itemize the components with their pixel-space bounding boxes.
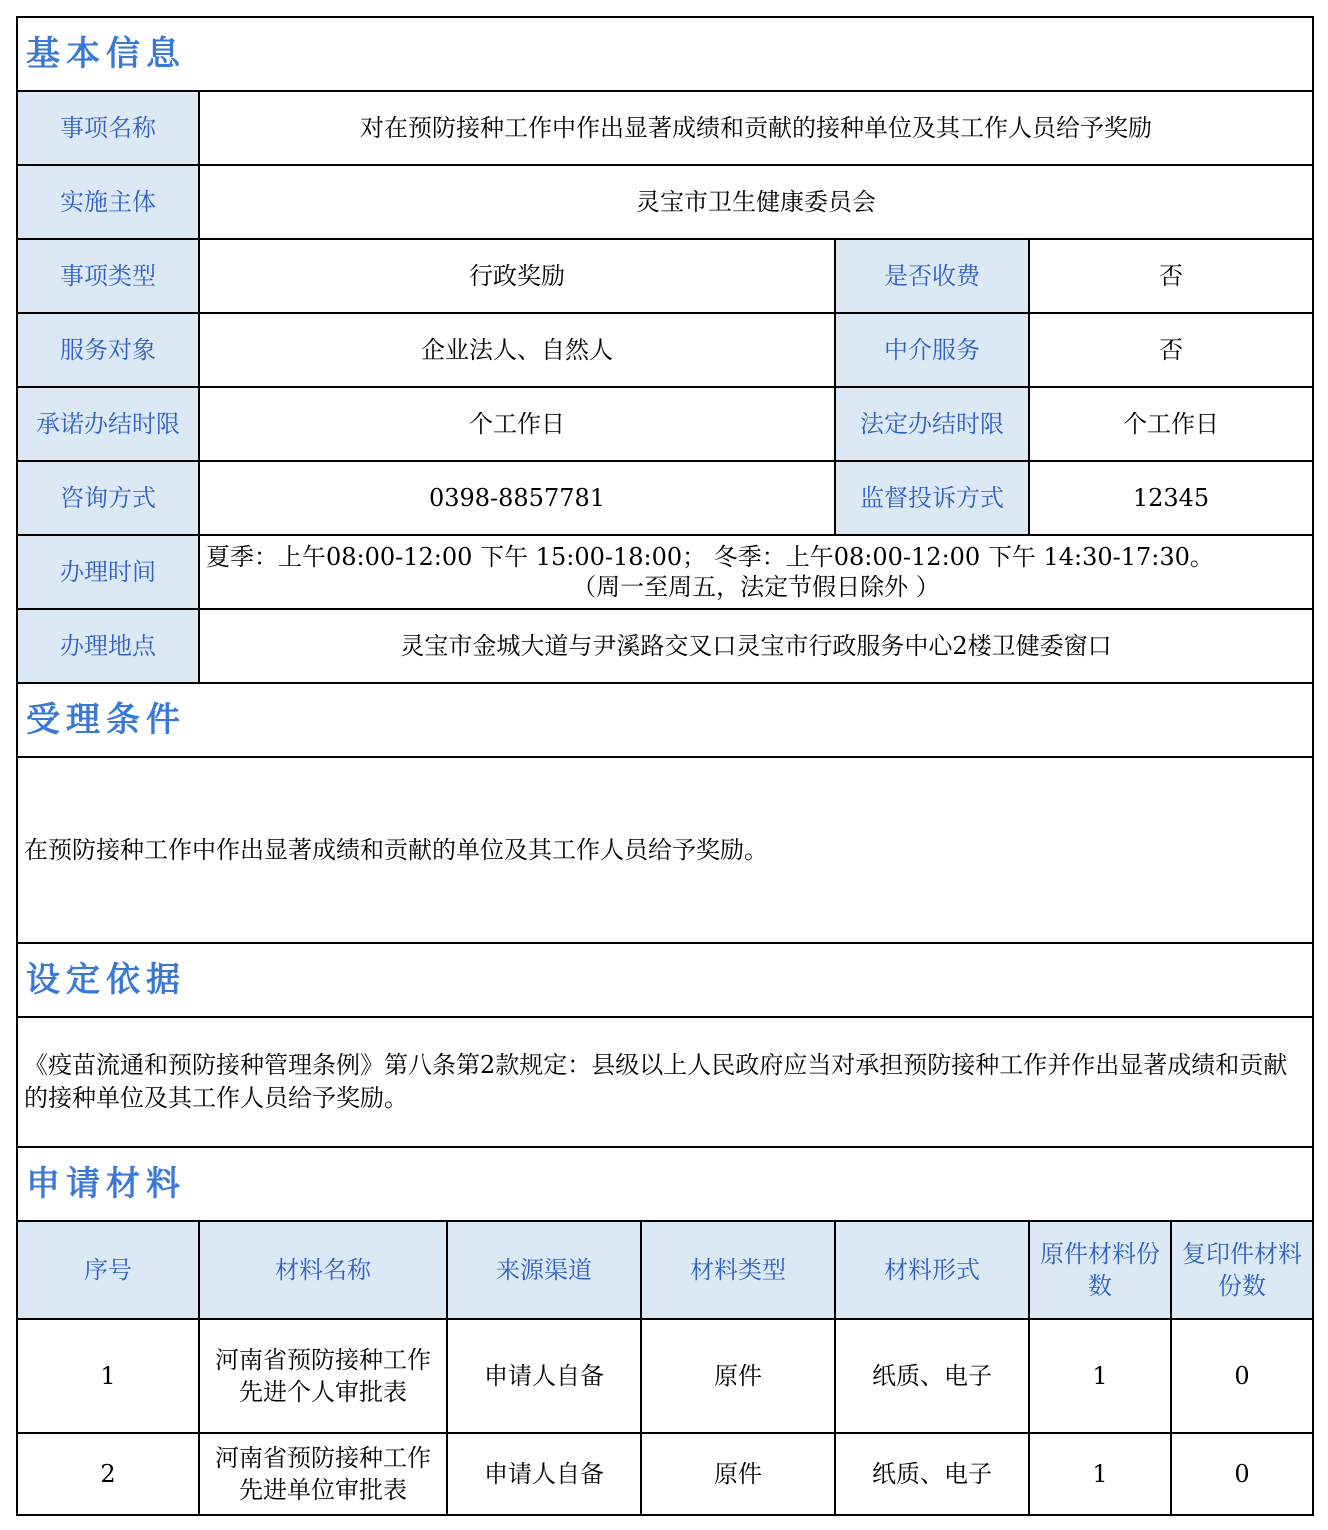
cell-type: 原件 bbox=[641, 1319, 835, 1433]
header-name: 材料名称 bbox=[199, 1221, 447, 1319]
cell-form: 纸质、电子 bbox=[835, 1319, 1029, 1433]
label-legal-time: 法定办结时限 bbox=[835, 387, 1029, 461]
cell-original-count: 1 bbox=[1029, 1433, 1171, 1515]
cell-no: 1 bbox=[17, 1319, 199, 1433]
cell-form: 纸质、电子 bbox=[835, 1433, 1029, 1515]
cell-copy-count: 0 bbox=[1171, 1433, 1313, 1515]
header-type: 材料类型 bbox=[641, 1221, 835, 1319]
header-source: 来源渠道 bbox=[447, 1221, 641, 1319]
table-row: 2 河南省预防接种工作先进单位审批表 申请人自备 原件 纸质、电子 1 0 bbox=[17, 1433, 1313, 1515]
basis-text: 《疫苗流通和预防接种管理条例》第八条第2款规定：县级以上人民政府应当对承担预防接… bbox=[17, 1017, 1313, 1147]
value-item-type: 行政奖励 bbox=[199, 239, 835, 313]
label-intermediary: 中介服务 bbox=[835, 313, 1029, 387]
section-title-basic-info: 基本信息 bbox=[17, 17, 1313, 91]
hours-line-1: 夏季：上午08:00-12:00 下午 15:00-18:00； 冬季：上午08… bbox=[200, 542, 1312, 572]
label-promised-time: 承诺办结时限 bbox=[17, 387, 199, 461]
cell-source: 申请人自备 bbox=[447, 1319, 641, 1433]
cell-no: 2 bbox=[17, 1433, 199, 1515]
header-form: 材料形式 bbox=[835, 1221, 1029, 1319]
label-location: 办理地点 bbox=[17, 609, 199, 683]
hours-line-2: （周一至周五，法定节假日除外 ） bbox=[200, 572, 1312, 602]
label-item-type: 事项类型 bbox=[17, 239, 199, 313]
value-promised-time: 个工作日 bbox=[199, 387, 835, 461]
cell-name: 河南省预防接种工作先进个人审批表 bbox=[199, 1319, 447, 1433]
table-row: 1 河南省预防接种工作先进个人审批表 申请人自备 原件 纸质、电子 1 0 bbox=[17, 1319, 1313, 1433]
basic-info-table: 基本信息 事项名称 对在预防接种工作中作出显著成绩和贡献的接种单位及其工作人员给… bbox=[16, 16, 1314, 1222]
value-legal-time: 个工作日 bbox=[1029, 387, 1313, 461]
value-intermediary: 否 bbox=[1029, 313, 1313, 387]
cell-copy-count: 0 bbox=[1171, 1319, 1313, 1433]
header-copy-count: 复印件材料份数 bbox=[1171, 1221, 1313, 1319]
value-fee: 否 bbox=[1029, 239, 1313, 313]
cell-type: 原件 bbox=[641, 1433, 835, 1515]
section-title-basis: 设定依据 bbox=[17, 943, 1313, 1017]
section-title-materials: 申请材料 bbox=[17, 1147, 1313, 1221]
materials-header-row: 序号 材料名称 来源渠道 材料类型 材料形式 原件材料份数 复印件材料份数 bbox=[17, 1221, 1313, 1319]
cell-source: 申请人自备 bbox=[447, 1433, 641, 1515]
header-no: 序号 bbox=[17, 1221, 199, 1319]
label-fee: 是否收费 bbox=[835, 239, 1029, 313]
label-hours: 办理时间 bbox=[17, 535, 199, 609]
value-implementer: 灵宝市卫生健康委员会 bbox=[199, 165, 1313, 239]
value-item-name: 对在预防接种工作中作出显著成绩和贡献的接种单位及其工作人员给予奖励 bbox=[199, 91, 1313, 165]
cell-name: 河南省预防接种工作先进单位审批表 bbox=[199, 1433, 447, 1515]
materials-table: 序号 材料名称 来源渠道 材料类型 材料形式 原件材料份数 复印件材料份数 1 … bbox=[16, 1220, 1314, 1516]
label-consult: 咨询方式 bbox=[17, 461, 199, 535]
header-original-count: 原件材料份数 bbox=[1029, 1221, 1171, 1319]
conditions-text: 在预防接种工作中作出显著成绩和贡献的单位及其工作人员给予奖励。 bbox=[17, 757, 1313, 943]
value-consult: 0398-8857781 bbox=[199, 461, 835, 535]
value-location: 灵宝市金城大道与尹溪路交叉口灵宝市行政服务中心2楼卫健委窗口 bbox=[199, 609, 1313, 683]
label-implementer: 实施主体 bbox=[17, 165, 199, 239]
label-item-name: 事项名称 bbox=[17, 91, 199, 165]
section-title-conditions: 受理条件 bbox=[17, 683, 1313, 757]
value-hours: 夏季：上午08:00-12:00 下午 15:00-18:00； 冬季：上午08… bbox=[199, 535, 1313, 609]
label-complaint: 监督投诉方式 bbox=[835, 461, 1029, 535]
service-guide-sheet: 基本信息 事项名称 对在预防接种工作中作出显著成绩和贡献的接种单位及其工作人员给… bbox=[16, 16, 1312, 1516]
label-service-object: 服务对象 bbox=[17, 313, 199, 387]
cell-original-count: 1 bbox=[1029, 1319, 1171, 1433]
value-complaint: 12345 bbox=[1029, 461, 1313, 535]
value-service-object: 企业法人、自然人 bbox=[199, 313, 835, 387]
